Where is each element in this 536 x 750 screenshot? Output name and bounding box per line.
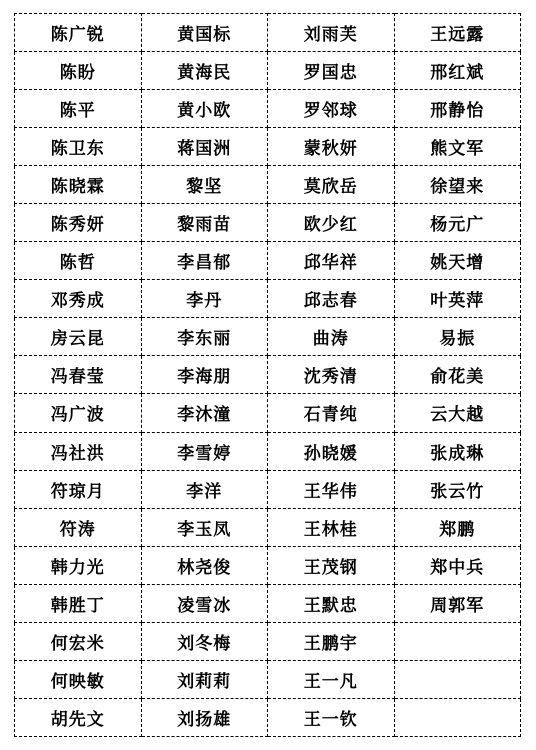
name-cell: 刘扬雄: [141, 698, 268, 736]
names-table-body: 陈广锐黄国标刘雨芙王远露陈盼黄海民罗国忠邢红斌陈平黄小欧罗邻球邢静怡陈卫东蒋国洲…: [15, 14, 521, 737]
name-cell: 刘莉莉: [141, 660, 268, 698]
name-cell: 王默忠: [268, 584, 395, 622]
name-cell: 曲涛: [268, 318, 395, 356]
names-table: 陈广锐黄国标刘雨芙王远露陈盼黄海民罗国忠邢红斌陈平黄小欧罗邻球邢静怡陈卫东蒋国洲…: [14, 13, 521, 737]
name-cell: 陈秀妍: [15, 204, 142, 242]
name-cell: 郑中兵: [394, 546, 521, 584]
empty-cell: [394, 660, 521, 698]
name-cell: 符涛: [15, 508, 142, 546]
name-cell: 郑鹏: [394, 508, 521, 546]
table-row: 冯社洪李雪婷孙晓媛张成琳: [15, 432, 521, 470]
name-cell: 何映敏: [15, 660, 142, 698]
name-cell: 林尧俊: [141, 546, 268, 584]
table-row: 陈晓霖黎坚莫欣岳徐望来: [15, 166, 521, 204]
table-row: 陈广锐黄国标刘雨芙王远露: [15, 14, 521, 52]
name-cell: 邱华祥: [268, 242, 395, 280]
name-cell: 冯社洪: [15, 432, 142, 470]
name-cell: 陈广锐: [15, 14, 142, 52]
name-cell: 李洋: [141, 470, 268, 508]
name-cell: 王鹏宇: [268, 622, 395, 660]
name-cell: 徐望来: [394, 166, 521, 204]
name-cell: 黄海民: [141, 52, 268, 90]
name-cell: 房云昆: [15, 318, 142, 356]
name-cell: 王远露: [394, 14, 521, 52]
table-row: 何宏米刘冬梅王鹏宇: [15, 622, 521, 660]
name-cell: 李昌郁: [141, 242, 268, 280]
name-cell: 李雪婷: [141, 432, 268, 470]
table-row: 陈卫东蒋国洲蒙秋妍熊文军: [15, 128, 521, 166]
document-page: 陈广锐黄国标刘雨芙王远露陈盼黄海民罗国忠邢红斌陈平黄小欧罗邻球邢静怡陈卫东蒋国洲…: [0, 0, 536, 750]
name-cell: 沈秀清: [268, 356, 395, 394]
name-cell: 莫欣岳: [268, 166, 395, 204]
name-cell: 韩胜丁: [15, 584, 142, 622]
table-row: 冯广波李沐潼石青纯云大越: [15, 394, 521, 432]
name-cell: 黄国标: [141, 14, 268, 52]
table-row: 韩胜丁凌雪冰王默忠周郭军: [15, 584, 521, 622]
name-cell: 黎坚: [141, 166, 268, 204]
name-cell: 刘雨芙: [268, 14, 395, 52]
name-cell: 李玉凤: [141, 508, 268, 546]
name-cell: 冯春莹: [15, 356, 142, 394]
name-cell: 杨元广: [394, 204, 521, 242]
name-cell: 孙晓媛: [268, 432, 395, 470]
name-cell: 张成琳: [394, 432, 521, 470]
name-cell: 姚天增: [394, 242, 521, 280]
name-cell: 陈平: [15, 90, 142, 128]
table-row: 陈盼黄海民罗国忠邢红斌: [15, 52, 521, 90]
name-cell: 王茂钢: [268, 546, 395, 584]
name-cell: 俞花美: [394, 356, 521, 394]
table-row: 陈哲李昌郁邱华祥姚天增: [15, 242, 521, 280]
name-cell: 黄小欧: [141, 90, 268, 128]
name-cell: 云大越: [394, 394, 521, 432]
name-cell: 冯广波: [15, 394, 142, 432]
table-row: 韩力光林尧俊王茂钢郑中兵: [15, 546, 521, 584]
name-cell: 蒙秋妍: [268, 128, 395, 166]
name-cell: 黎雨苗: [141, 204, 268, 242]
table-row: 何映敏刘莉莉王一凡: [15, 660, 521, 698]
name-cell: 韩力光: [15, 546, 142, 584]
name-cell: 陈晓霖: [15, 166, 142, 204]
name-cell: 罗邻球: [268, 90, 395, 128]
name-cell: 陈盼: [15, 52, 142, 90]
name-cell: 陈哲: [15, 242, 142, 280]
name-cell: 石青纯: [268, 394, 395, 432]
name-cell: 凌雪冰: [141, 584, 268, 622]
name-cell: 李沐潼: [141, 394, 268, 432]
table-row: 符琼月李洋王华伟张云竹: [15, 470, 521, 508]
table-row: 符涛李玉凤王林桂郑鹏: [15, 508, 521, 546]
table-row: 房云昆李东丽曲涛易振: [15, 318, 521, 356]
name-cell: 王林桂: [268, 508, 395, 546]
table-row: 陈秀妍黎雨苗欧少红杨元广: [15, 204, 521, 242]
name-cell: 邢静怡: [394, 90, 521, 128]
name-cell: 周郭军: [394, 584, 521, 622]
name-cell: 胡先文: [15, 698, 142, 736]
name-cell: 王一凡: [268, 660, 395, 698]
table-row: 冯春莹李海朋沈秀清俞花美: [15, 356, 521, 394]
name-cell: 李丹: [141, 280, 268, 318]
name-cell: 易振: [394, 318, 521, 356]
table-row: 邓秀成李丹邱志春叶英萍: [15, 280, 521, 318]
name-cell: 王一钦: [268, 698, 395, 736]
empty-cell: [394, 698, 521, 736]
name-cell: 欧少红: [268, 204, 395, 242]
name-cell: 叶英萍: [394, 280, 521, 318]
name-cell: 刘冬梅: [141, 622, 268, 660]
name-cell: 熊文军: [394, 128, 521, 166]
name-cell: 邓秀成: [15, 280, 142, 318]
name-cell: 邱志春: [268, 280, 395, 318]
name-cell: 张云竹: [394, 470, 521, 508]
name-cell: 李东丽: [141, 318, 268, 356]
name-cell: 罗国忠: [268, 52, 395, 90]
name-cell: 王华伟: [268, 470, 395, 508]
name-cell: 何宏米: [15, 622, 142, 660]
empty-cell: [394, 622, 521, 660]
name-cell: 符琼月: [15, 470, 142, 508]
table-row: 胡先文刘扬雄王一钦: [15, 698, 521, 736]
name-cell: 蒋国洲: [141, 128, 268, 166]
name-cell: 邢红斌: [394, 52, 521, 90]
name-cell: 陈卫东: [15, 128, 142, 166]
table-row: 陈平黄小欧罗邻球邢静怡: [15, 90, 521, 128]
name-cell: 李海朋: [141, 356, 268, 394]
